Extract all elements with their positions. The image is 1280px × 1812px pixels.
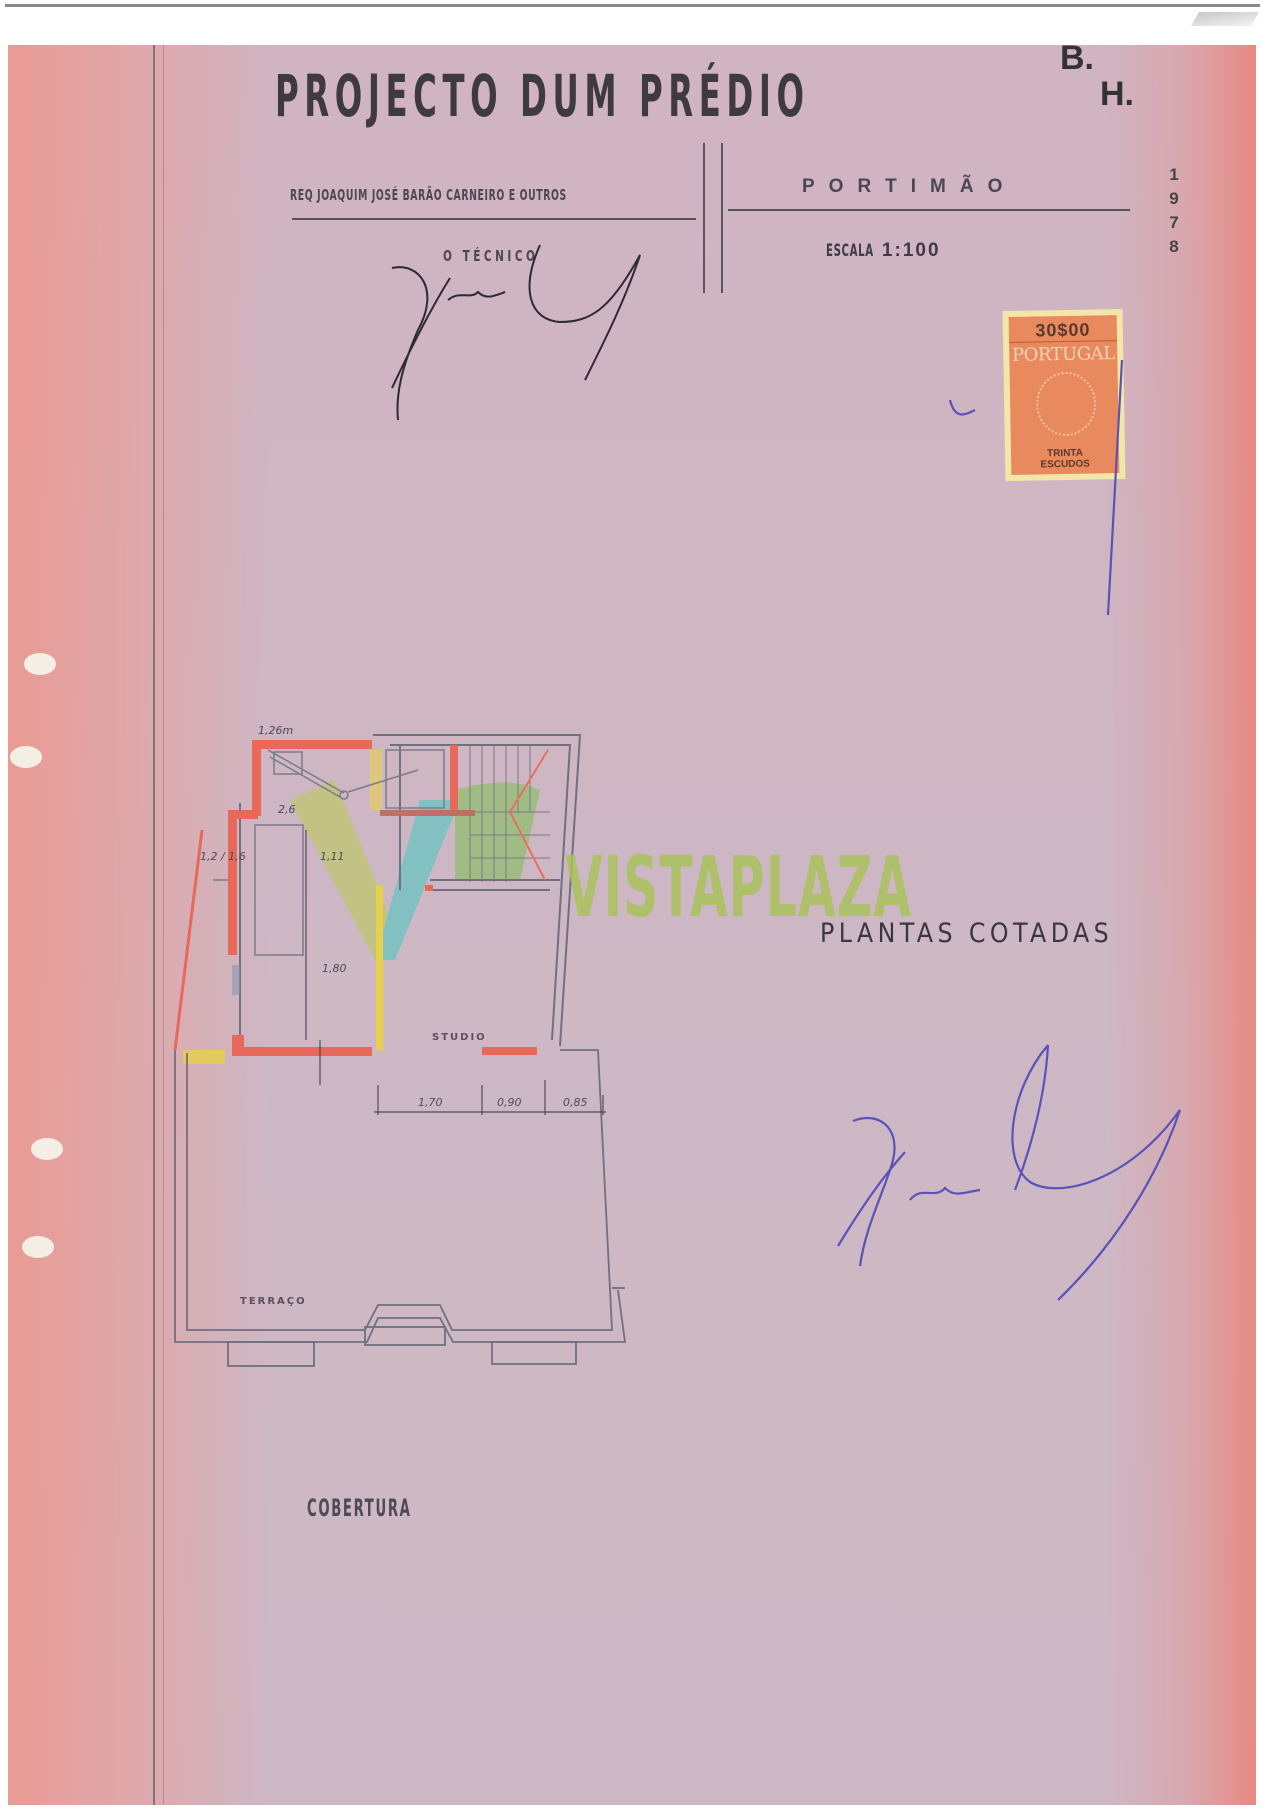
dimension-label: 1,26m bbox=[258, 724, 293, 737]
stamp-country: PORTUGAL bbox=[1009, 343, 1117, 366]
room-label-studio: STUDIO bbox=[432, 1032, 487, 1043]
stamp-value: 30$00 bbox=[1009, 319, 1117, 343]
dimension-label: 1,11 bbox=[320, 850, 345, 863]
stamp-face: 30$00 PORTUGAL TRINTA ESCUDOS bbox=[1009, 315, 1120, 475]
dimension-label: 2,6 bbox=[278, 803, 296, 816]
margin-line bbox=[153, 45, 155, 1805]
owner-name: REQ JOAQUIM JOSÉ BARÃO CARNEIRO E OUTROS bbox=[290, 186, 567, 204]
coat-of-arms-icon bbox=[1036, 371, 1097, 436]
corner-mark-h: H. bbox=[1100, 76, 1134, 112]
punch-hole bbox=[10, 746, 42, 768]
corner-mark-b: B. bbox=[1060, 40, 1134, 76]
page-curl bbox=[1191, 12, 1259, 26]
title-block-divider bbox=[703, 143, 705, 293]
sheet-subtitle: PLANTAS COTADAS bbox=[820, 918, 1113, 949]
technician-label: O TÉCNICO bbox=[443, 247, 538, 265]
stamp-word: ESCUDOS bbox=[1011, 458, 1119, 471]
punch-hole bbox=[22, 1236, 54, 1258]
dimension-label: 1,80 bbox=[322, 962, 347, 975]
document-title: PROJECTO DUM PRÉDIO bbox=[275, 62, 810, 130]
punch-hole bbox=[24, 653, 56, 675]
year-digit: 8 bbox=[1167, 235, 1181, 259]
scale-label: ESCALA bbox=[826, 241, 856, 261]
stamp-denomination: TRINTA ESCUDOS bbox=[1011, 447, 1119, 471]
year-digit: 9 bbox=[1167, 187, 1181, 211]
year-digit: 7 bbox=[1167, 211, 1181, 235]
location-underline bbox=[728, 209, 1130, 211]
location: PORTIMÃO bbox=[802, 176, 1016, 198]
scale: ESCALA 1:100 bbox=[826, 240, 941, 262]
punch-hole bbox=[31, 1138, 63, 1160]
scale-value: 1:100 bbox=[882, 240, 941, 261]
margin-line-secondary bbox=[163, 45, 164, 1805]
plan-name: COBERTURA bbox=[307, 1494, 412, 1522]
owner-underline bbox=[292, 218, 696, 220]
dimension-label: 0,85 bbox=[563, 1096, 588, 1109]
fiscal-stamp: 30$00 PORTUGAL TRINTA ESCUDOS bbox=[1003, 309, 1126, 481]
year: 1 9 7 8 bbox=[1167, 163, 1181, 259]
year-digit: 1 bbox=[1167, 163, 1181, 187]
corner-mark: B. H. bbox=[1060, 40, 1134, 112]
dimension-label: 1,70 bbox=[418, 1096, 443, 1109]
dimension-label: 0,90 bbox=[497, 1096, 522, 1109]
dimension-label: 1,2 / 1,6 bbox=[200, 850, 246, 863]
scan-top-edge bbox=[5, 4, 1260, 7]
room-label-terrace: TERRAÇO bbox=[240, 1296, 307, 1307]
title-block-divider bbox=[721, 143, 723, 293]
